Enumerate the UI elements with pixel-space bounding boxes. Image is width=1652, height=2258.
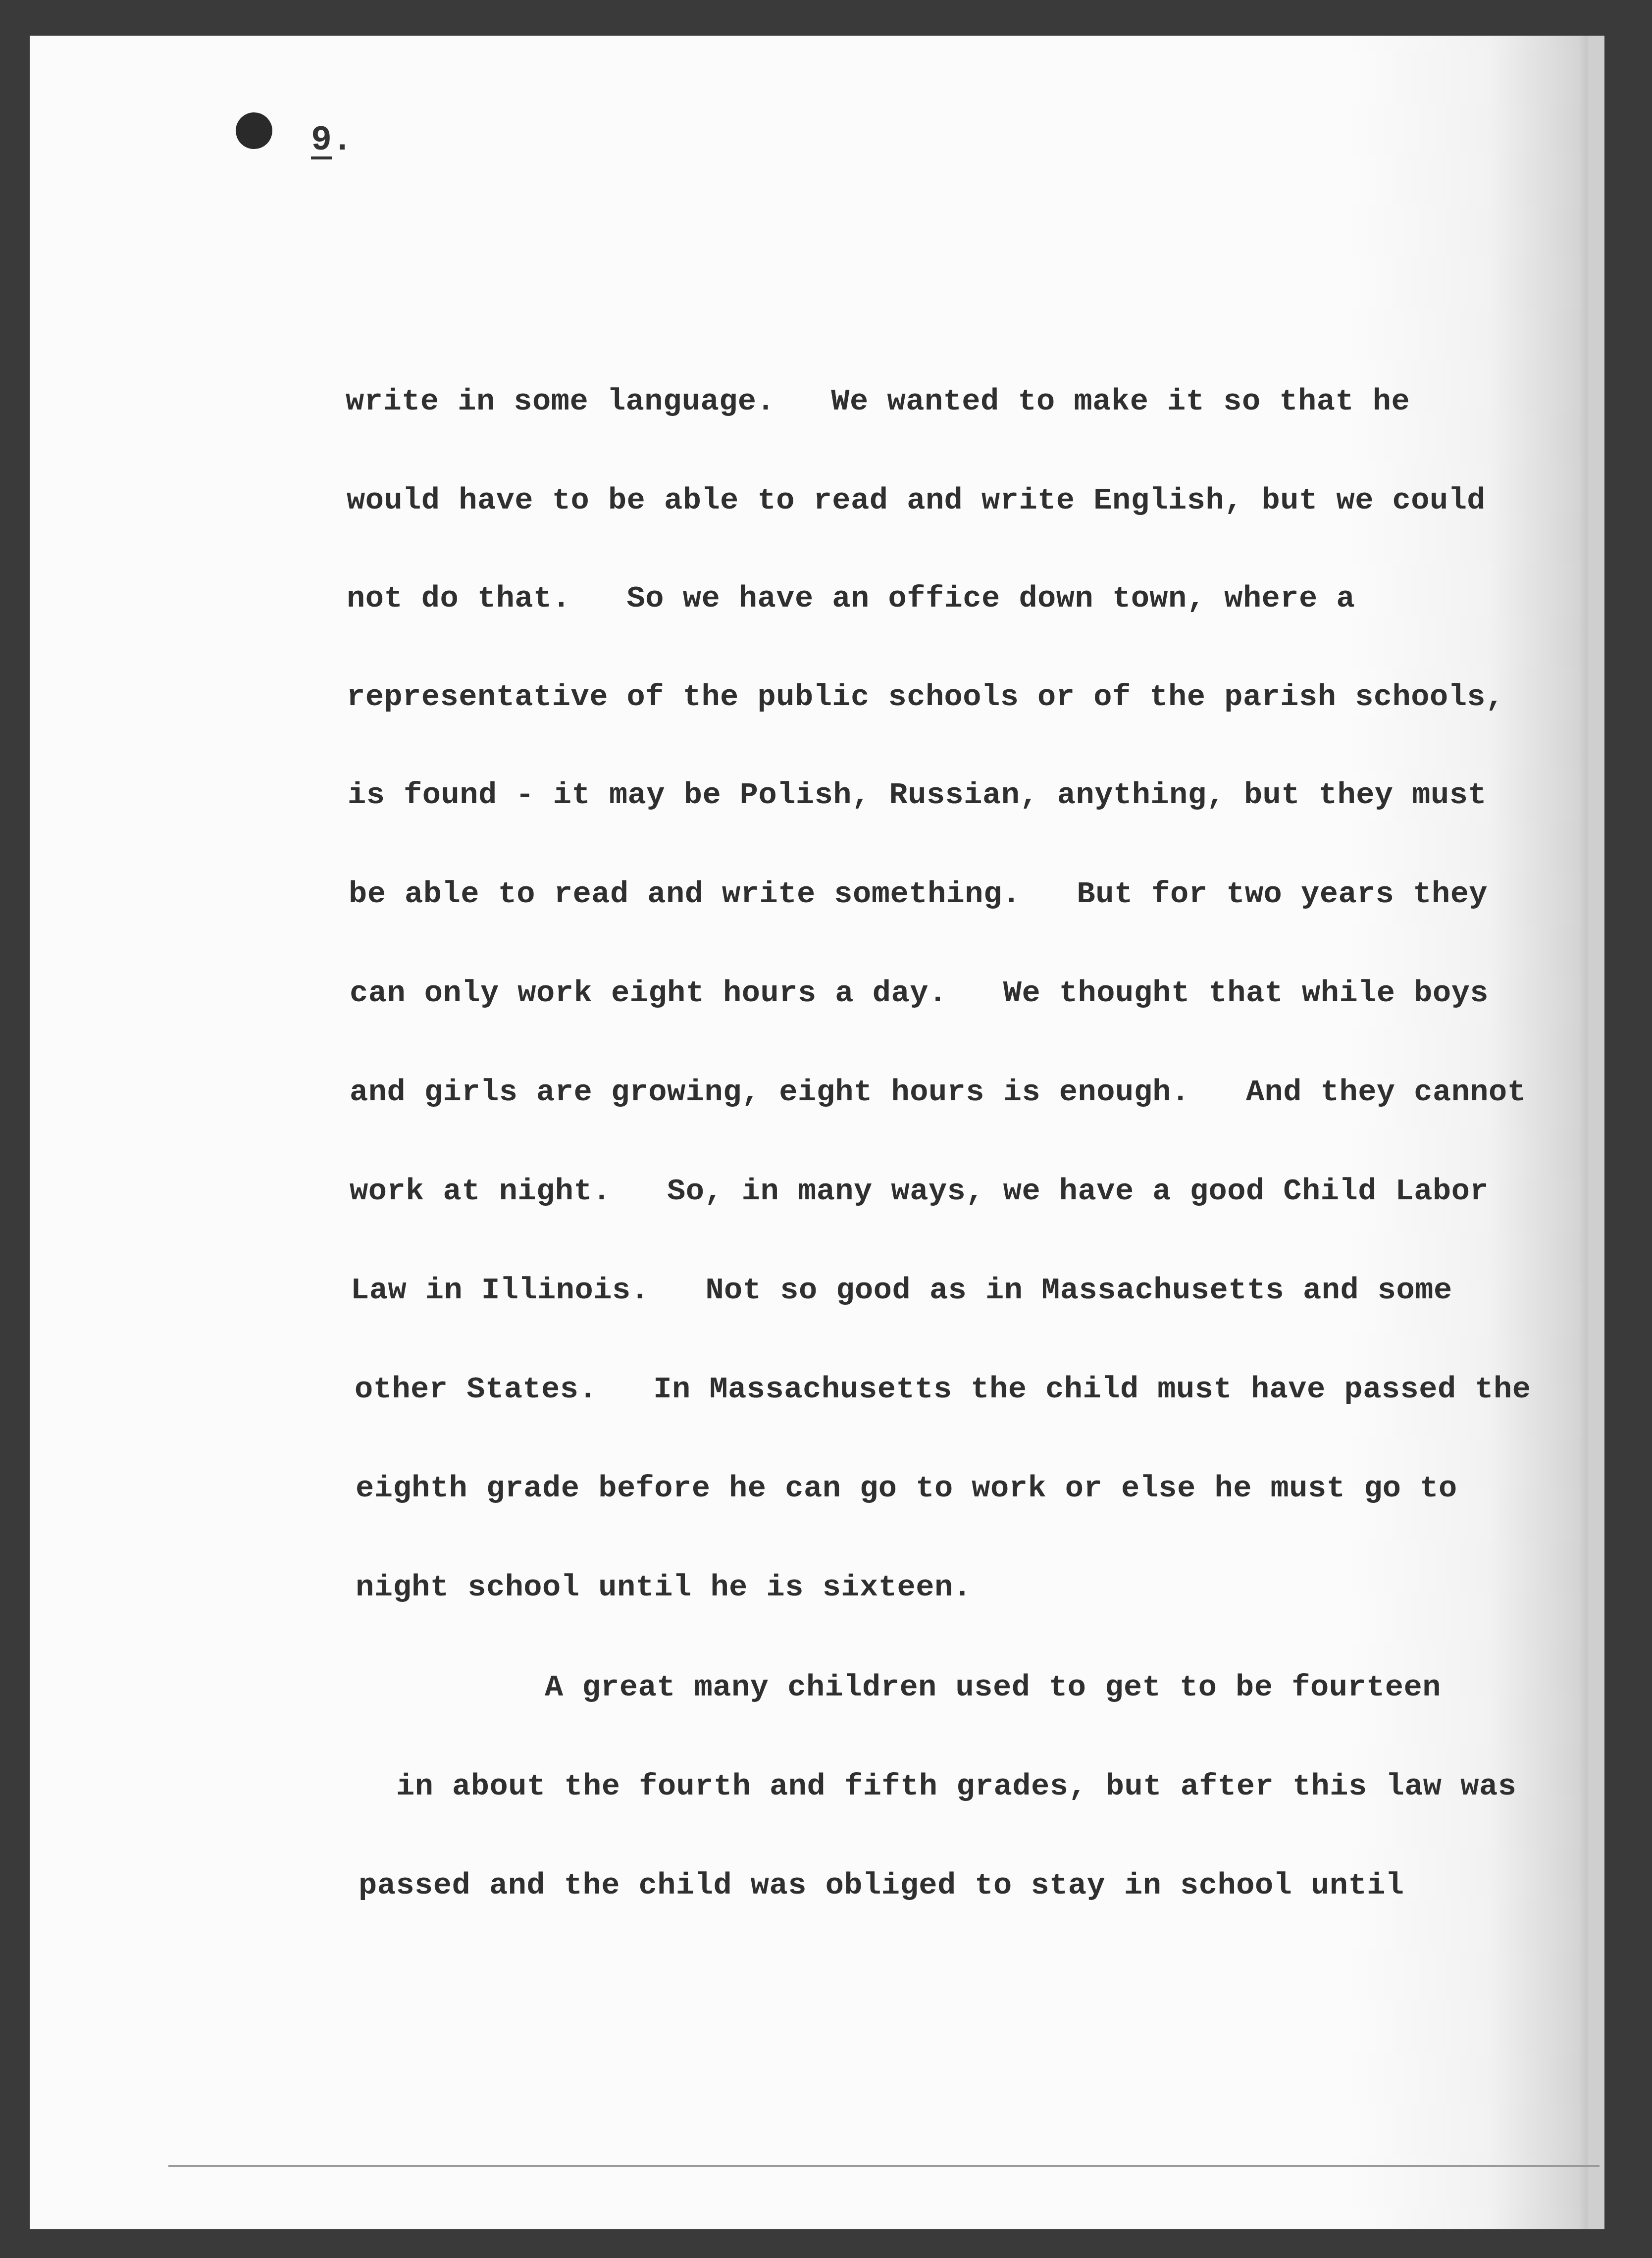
text-line: can only work eight hours a day. We thou… — [350, 975, 1489, 1011]
text-line: is found - it may be Polish, Russian, an… — [348, 777, 1487, 813]
bottom-rule — [168, 2165, 1600, 2167]
text-line: not do that. So we have an office down t… — [347, 581, 1355, 616]
page-number-suffix: . — [332, 121, 353, 160]
text-line: Law in Illinois. Not so good as in Massa… — [351, 1273, 1452, 1308]
text-line: eighth grade before he can go to work or… — [356, 1471, 1457, 1506]
page-number-value: 9 — [311, 121, 332, 160]
page-number: 9. — [311, 121, 353, 160]
text-line: and girls are growing, eight hours is en… — [350, 1075, 1526, 1110]
text-line: would have to be able to read and write … — [347, 483, 1486, 518]
text-line: representative of the public schools or … — [347, 679, 1504, 715]
text-line: night school until he is sixteen. — [356, 1570, 972, 1605]
punch-hole — [236, 112, 272, 149]
text-line: A great many children used to get to be … — [545, 1670, 1441, 1705]
text-line: passed and the child was obliged to stay… — [359, 1868, 1404, 1903]
text-line: be able to read and write something. But… — [349, 876, 1488, 912]
text-line: write in some language. We wanted to mak… — [346, 384, 1410, 419]
text-line: in about the fourth and fifth grades, bu… — [396, 1769, 1516, 1804]
text-line: work at night. So, in many ways, we have… — [350, 1174, 1489, 1209]
scan-edge — [1588, 36, 1604, 2229]
text-line: other States. In Massachusetts the child… — [355, 1372, 1531, 1407]
